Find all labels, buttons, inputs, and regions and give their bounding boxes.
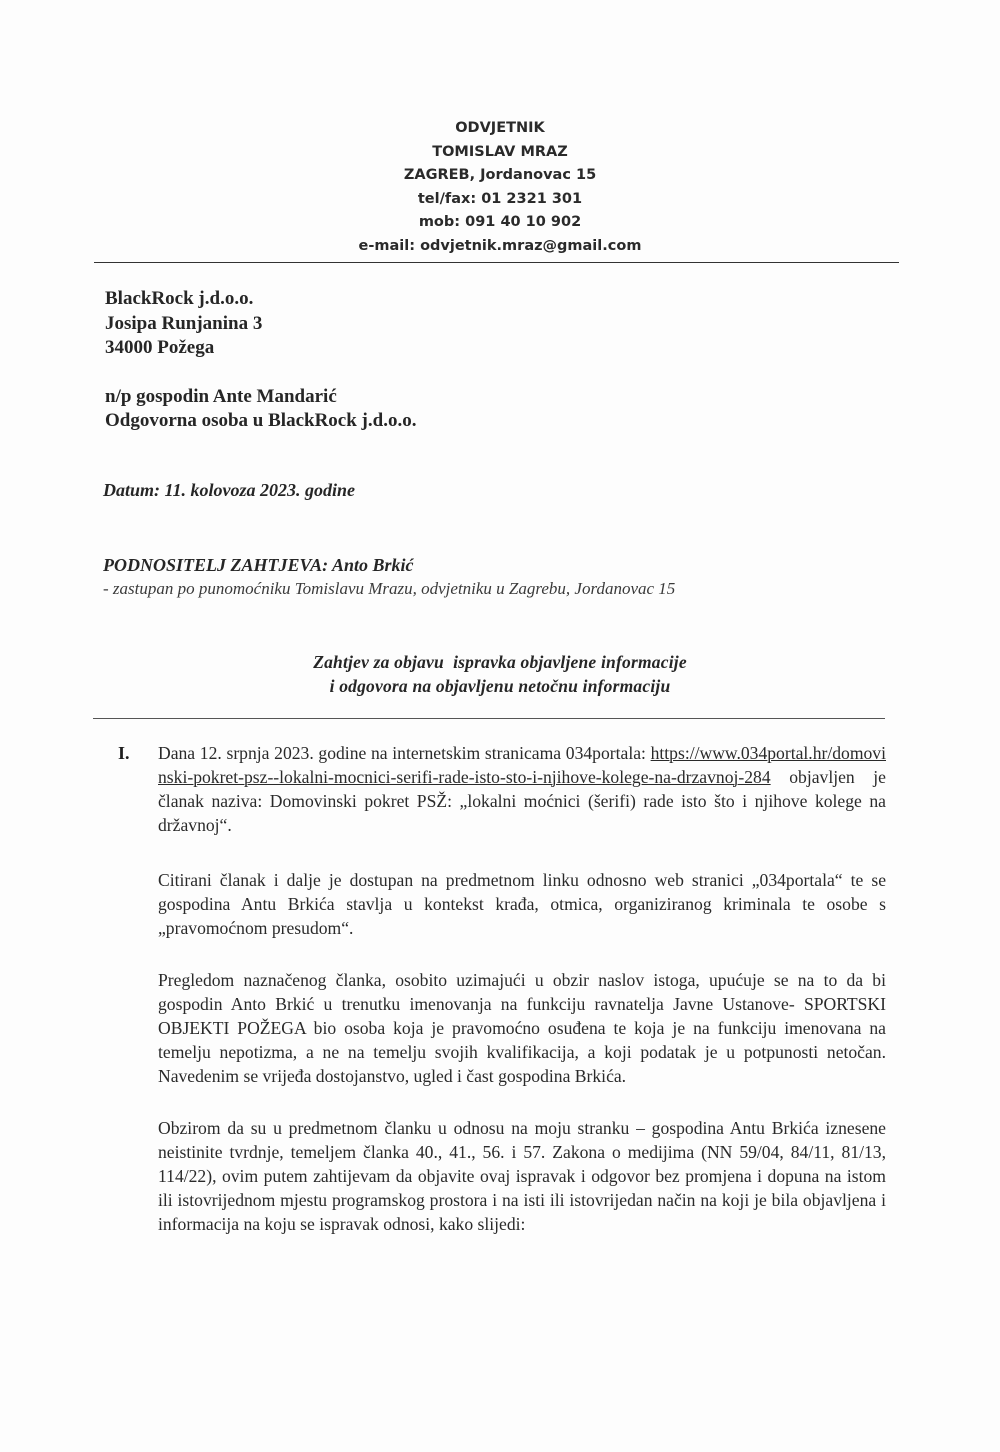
section-number: I.	[118, 741, 130, 765]
document-subject: Zahtjev za objavu ispravka objavljene in…	[0, 650, 1000, 698]
paragraph-3: Pregledom naznačenog članka, osobito uzi…	[158, 968, 886, 1088]
recipient-street: Josipa Runjanina 3	[105, 312, 416, 337]
document-page: ODVJETNIK TOMISLAV MRAZ ZAGREB, Jordanov…	[0, 0, 1000, 1452]
recipient-attention: n/p gospodin Ante Mandarić	[105, 385, 416, 410]
applicant-name: PODNOSITELJ ZAHTJEVA: Anto Brkić	[103, 553, 675, 577]
subject-line-2: i odgovora na objavljenu netočnu informa…	[0, 674, 1000, 698]
subject-divider	[93, 718, 885, 719]
letterhead: ODVJETNIK TOMISLAV MRAZ ZAGREB, Jordanov…	[0, 117, 1000, 258]
subject-line-1: Zahtjev za objavu ispravka objavljene in…	[0, 650, 1000, 674]
lawyer-mobile: mob: 091 40 10 902	[0, 211, 1000, 235]
lawyer-email: e-mail: odvjetnik.mraz@gmail.com	[0, 235, 1000, 259]
lawyer-address: ZAGREB, Jordanovac 15	[0, 164, 1000, 188]
document-date: Datum: 11. kolovoza 2023. godine	[103, 480, 355, 501]
applicant-representation: - zastupan po punomoćniku Tomislavu Mraz…	[103, 577, 675, 601]
applicant-block: PODNOSITELJ ZAHTJEVA: Anto Brkić - zastu…	[103, 553, 675, 601]
lawyer-phone: tel/fax: 01 2321 301	[0, 188, 1000, 212]
recipient-block: BlackRock j.d.o.o. Josipa Runjanina 3 34…	[105, 287, 416, 434]
letterhead-divider	[94, 262, 899, 263]
lawyer-name: TOMISLAV MRAZ	[0, 141, 1000, 165]
recipient-role: Odgovorna osoba u BlackRock j.d.o.o.	[105, 409, 416, 434]
paragraph-2: Citirani članak i dalje je dostupan na p…	[158, 868, 886, 940]
recipient-company: BlackRock j.d.o.o.	[105, 287, 416, 312]
paragraph-4: Obzirom da su u predmetnom članku u odno…	[158, 1116, 886, 1236]
paragraph-1-intro: Dana 12. srpnja 2023. godine na internet…	[158, 743, 651, 763]
paragraph-1: Dana 12. srpnja 2023. godine na internet…	[158, 741, 886, 837]
letterhead-title: ODVJETNIK	[0, 117, 1000, 141]
recipient-city: 34000 Požega	[105, 336, 416, 361]
